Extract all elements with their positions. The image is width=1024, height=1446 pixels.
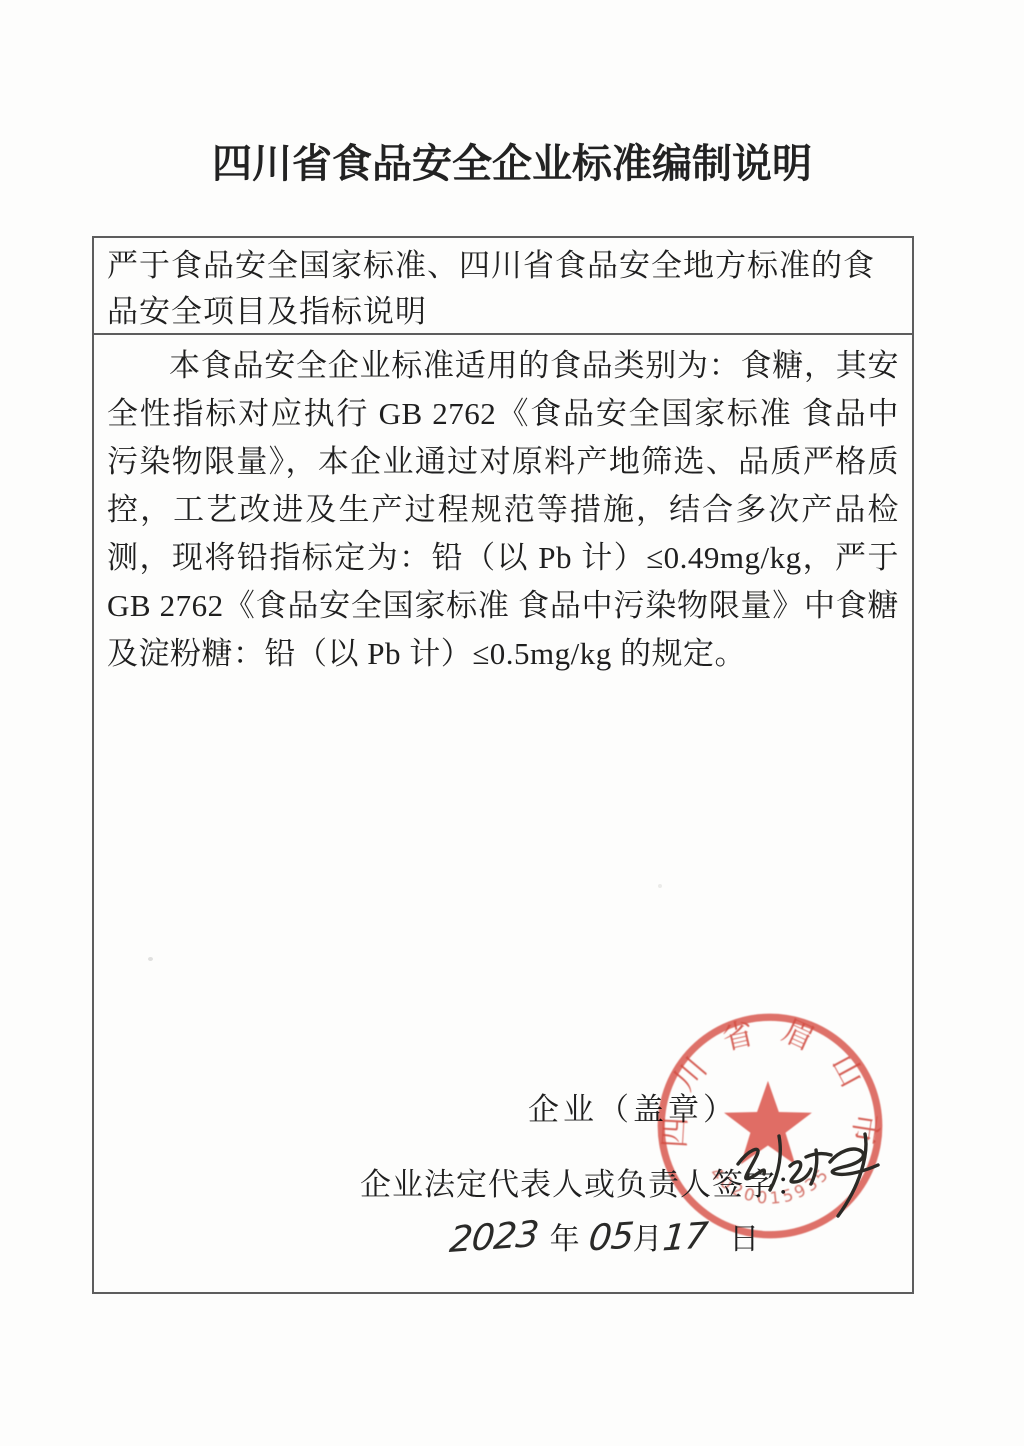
date-year-unit: 年	[550, 1214, 581, 1258]
statement-paragraph: 本食品安全企业标准适用的食品类别为：食糖，其安全性指标对应执行 GB 2762《…	[107, 342, 899, 678]
table-body-cell: 本食品安全企业标准适用的食品类别为：食糖，其安全性指标对应执行 GB 2762《…	[94, 335, 912, 678]
table-header-cell: 严于食品安全国家标准、四川省食品安全地方标准的食品安全项目及指标说明	[94, 238, 912, 335]
table-header-text: 严于食品安全国家标准、四川省食品安全地方标准的食品安全项目及指标说明	[107, 248, 875, 329]
handwritten-signature: 刘跃华	[726, 1124, 902, 1224]
date-month-unit: 月	[632, 1214, 663, 1258]
scan-speck	[148, 957, 153, 961]
page-title: 四川省食品安全企业标准编制说明	[0, 132, 1024, 189]
date-day-unit: 日	[729, 1214, 760, 1258]
date-day-handwritten: 17	[661, 1216, 709, 1260]
date-month-handwritten: 05	[587, 1216, 635, 1260]
document-page: 四川省食品安全企业标准编制说明 严于食品安全国家标准、四川省食品安全地方标准的食…	[0, 0, 1024, 1446]
date-line: 2023 年 05 月 17 日	[450, 1214, 760, 1258]
date-year-handwritten: 2023	[448, 1214, 540, 1261]
scan-speck	[658, 884, 662, 888]
